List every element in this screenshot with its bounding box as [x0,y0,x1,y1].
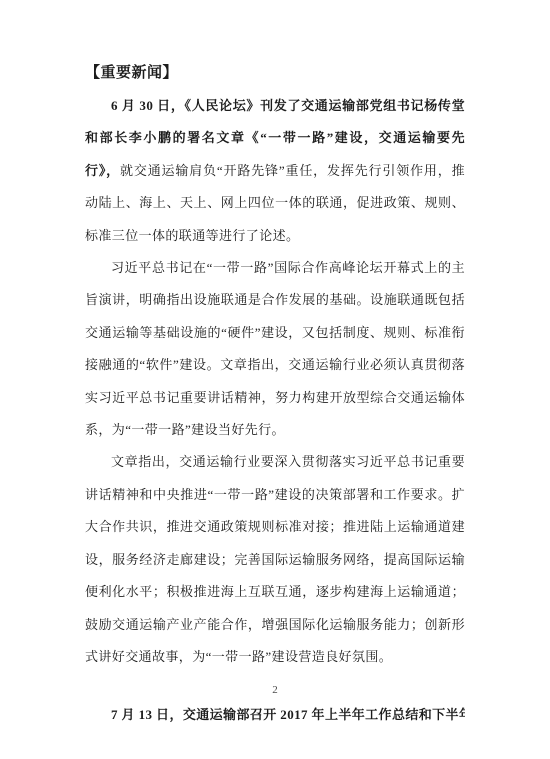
paragraph-body-text: 习近平总书记在“一带一路”国际合作高峰论坛开幕式上的主旨演讲，明确指出设施联通是… [85,260,465,437]
section-heading: 【重要新闻】 [85,57,465,90]
paragraph-body-text: 就交通运输肩负“开路先锋”重任，发挥先行引领作用，推动陆上、海上、天上、网上四位… [85,163,465,243]
paragraph-news-4: 7 月 13 日，交通运输部召开 2017 年上半年工作总结和下半年工 [85,699,465,731]
paragraph-news-2: 习近平总书记在“一带一路”国际合作高峰论坛开幕式上的主旨演讲，明确指出设施联通是… [85,252,465,446]
paragraph-news-3: 文章指出，交通运输行业要深入贯彻落实习近平总书记重要讲话精神和中央推进“一带一路… [85,446,465,673]
paragraph-news-1: 6 月 30 日，《人民论坛》刊发了交通运输部党组书记杨传堂和部长李小鹏的署名文… [85,90,465,252]
paragraph-body-text: 文章指出，交通运输行业要深入贯彻落实习近平总书记重要讲话精神和中央推进“一带一路… [85,454,465,663]
document-page: 【重要新闻】 6 月 30 日，《人民论坛》刊发了交通运输部党组书记杨传堂和部长… [0,0,550,759]
page-number: 2 [0,684,550,696]
paragraph-lead-bold: 7 月 13 日，交通运输部召开 2017 年上半年工作总结和下半年工 [111,707,465,722]
